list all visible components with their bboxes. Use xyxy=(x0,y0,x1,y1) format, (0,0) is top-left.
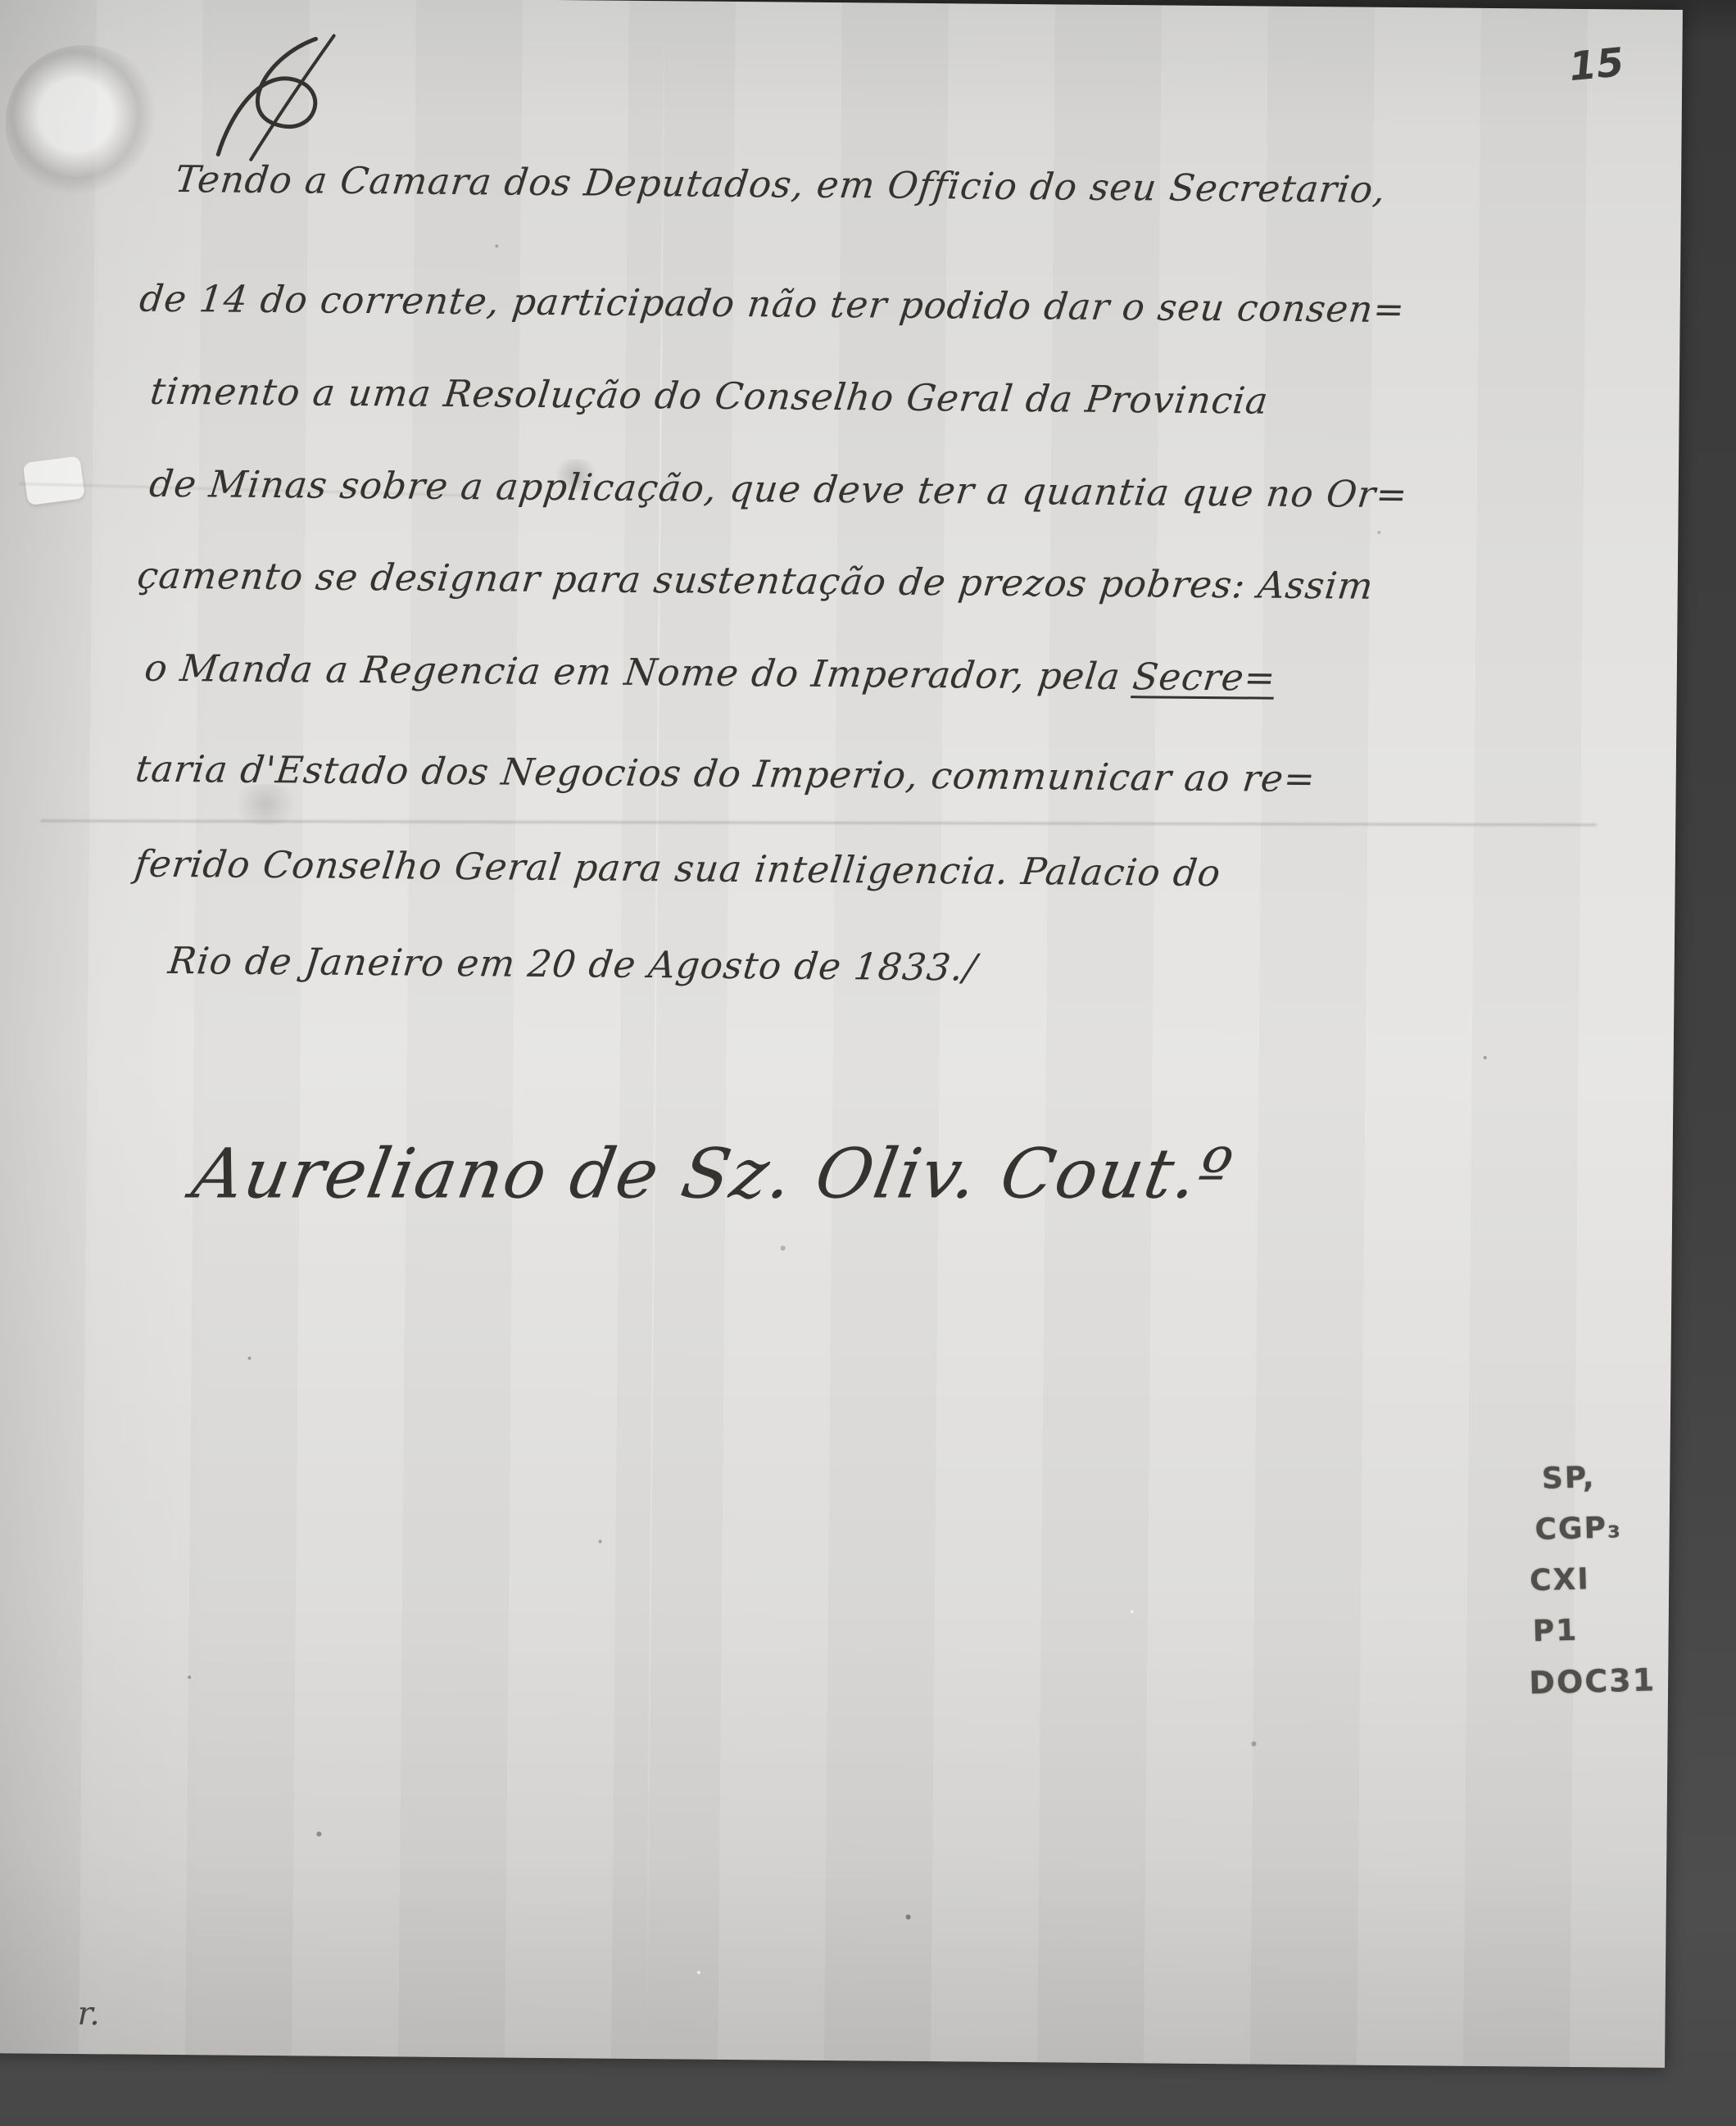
paper-patch xyxy=(23,456,85,505)
manuscript-line-text: o Manda a Regencia em Nome do Imperador,… xyxy=(143,646,1135,698)
manuscript-line: de 14 do corrente, participado não ter p… xyxy=(138,277,1407,331)
manuscript-line: taria d'Estado dos Negocios do Imperio, … xyxy=(134,747,1318,801)
manuscript-line: çamento se designar para sustentação de … xyxy=(135,554,1376,608)
watermark-stain xyxy=(5,44,162,202)
archival-line: DOC31 xyxy=(1529,1654,1657,1708)
paper-sheet: 15 Tendo a Camara dos Deputados, em Offi… xyxy=(0,0,1683,2068)
manuscript-line: ferido Conselho Geral para sua intellige… xyxy=(133,842,1223,895)
manuscript-line: de Minas sobre a applicação, que deve te… xyxy=(147,462,1411,516)
folio-number: 15 xyxy=(1567,39,1626,90)
paraph-flourish xyxy=(208,31,356,164)
scan-background: { "page": { "folio_number": "15", "corne… xyxy=(0,0,1736,2126)
signature: Aureliano de Sz. Oliv. Cout.º xyxy=(187,1134,1240,1214)
manuscript-line: Rio de Janeiro em 20 de Agosto de 1833./ xyxy=(166,939,980,990)
archival-line: SP, xyxy=(1541,1451,1651,1504)
manuscript-line: timento a uma Resolução do Conselho Gera… xyxy=(148,369,1271,423)
manuscript-line: Tendo a Camara dos Deputados, em Officio… xyxy=(173,157,1389,211)
archival-line: P1 xyxy=(1532,1603,1655,1657)
archival-line: CXI xyxy=(1529,1553,1653,1607)
archival-reference: SP, CGP₃ CXI P1 DOC31 xyxy=(1531,1451,1657,1708)
underlined-word: Secre= xyxy=(1131,655,1279,699)
corner-mark: r. xyxy=(77,1995,100,2033)
manuscript-line: o Manda a Regencia em Nome do Imperador,… xyxy=(143,646,1279,700)
archival-line: CGP₃ xyxy=(1534,1502,1652,1556)
